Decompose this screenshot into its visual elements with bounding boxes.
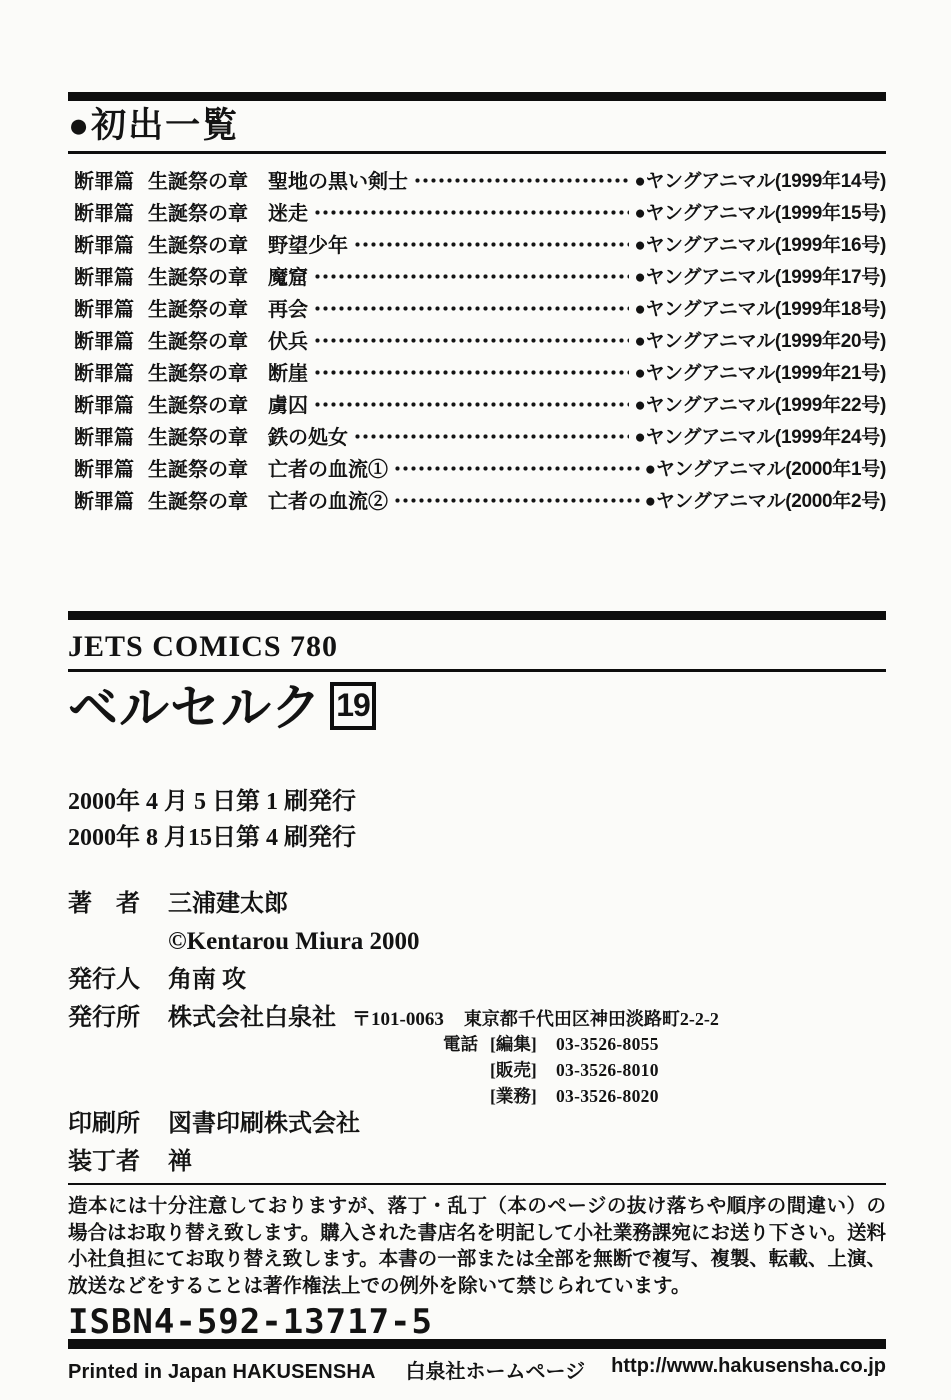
chapter-label: 生誕祭の章 bbox=[148, 165, 268, 194]
list-item: 断罪篇 生誕祭の章 亡者の血流② ●ヤングアニマル(2000年2号) bbox=[74, 483, 886, 515]
arc-label: 断罪篇 bbox=[74, 165, 148, 194]
phone-line-sales: [販売] 03-3526-8010 bbox=[443, 1057, 886, 1083]
jets-series-label: JETS COMICS 780 bbox=[68, 629, 886, 665]
chapter-label: 生誕祭の章 bbox=[148, 453, 268, 482]
author-row: 著 者 三浦建太郎 bbox=[68, 885, 886, 923]
dotted-leader bbox=[395, 498, 640, 503]
arc-label: 断罪篇 bbox=[74, 261, 148, 290]
dotted-leader bbox=[315, 306, 629, 311]
episode-title: 魔窟 bbox=[268, 261, 308, 290]
author-label: 著 者 bbox=[68, 885, 168, 923]
list-item: 断罪篇 生誕祭の章 魔窟 ●ヤングアニマル(1999年17号) bbox=[74, 259, 886, 291]
episode-title: 亡者の血流② bbox=[268, 485, 388, 514]
printing-line-fourth: 2000年 8 月15日第 4 刷発行 bbox=[68, 820, 886, 856]
arc-label: 断罪篇 bbox=[74, 453, 148, 482]
phone-prefix bbox=[443, 1057, 490, 1083]
arc-label: 断罪篇 bbox=[74, 485, 148, 514]
publication-list: 断罪篇 生誕祭の章 聖地の黒い剣士 ●ヤングアニマル(1999年14号) 断罪篇… bbox=[68, 163, 886, 515]
dotted-leader bbox=[315, 402, 629, 407]
list-item: 断罪篇 生誕祭の章 迷走 ●ヤングアニマル(1999年15号) bbox=[74, 195, 886, 227]
list-item: 断罪篇 生誕祭の章 断崖 ●ヤングアニマル(1999年21号) bbox=[74, 355, 886, 387]
chapter-label: 生誕祭の章 bbox=[148, 261, 268, 290]
phone-prefix bbox=[443, 1083, 490, 1109]
episode-title: 聖地の黒い剣士 bbox=[268, 165, 408, 194]
list-item: 断罪篇 生誕祭の章 亡者の血流① ●ヤングアニマル(2000年1号) bbox=[74, 451, 886, 483]
book-title: ベルセルク 19 bbox=[68, 678, 886, 730]
arc-label: 断罪篇 bbox=[74, 293, 148, 322]
phone-label: [編集] bbox=[490, 1031, 548, 1057]
episode-title: 野望少年 bbox=[268, 229, 348, 258]
publisher-person-label: 発行人 bbox=[68, 961, 168, 999]
credits-block: 著 者 三浦建太郎 ©Kentarou Miura 2000 発行人 角南 攻 … bbox=[68, 885, 886, 1181]
chapter-label: 生誕祭の章 bbox=[148, 197, 268, 226]
dotted-leader bbox=[315, 338, 629, 343]
homepage-label: 白泉社ホームページ bbox=[406, 1355, 586, 1384]
section-divider-bar-top bbox=[68, 92, 886, 101]
notice-paragraph: 造本には十分注意しておりますが、落丁・乱丁（本のページの抜け落ちや順序の間違い）… bbox=[68, 1193, 886, 1299]
dotted-leader bbox=[415, 178, 629, 183]
chapter-label: 生誕祭の章 bbox=[148, 229, 268, 258]
publisher-person-name: 角南 攻 bbox=[168, 961, 246, 999]
chapter-label: 生誕祭の章 bbox=[148, 325, 268, 354]
arc-label: 断罪篇 bbox=[74, 357, 148, 386]
publisher-name: 株式会社白泉社 bbox=[168, 999, 336, 1037]
book-title-text: ベルセルク bbox=[68, 668, 322, 740]
arc-label: 断罪篇 bbox=[74, 325, 148, 354]
dotted-leader bbox=[315, 210, 629, 215]
phone-number: 03-3526-8055 bbox=[556, 1031, 659, 1057]
list-item: 断罪篇 生誕祭の章 虜囚 ●ヤングアニマル(1999年22号) bbox=[74, 387, 886, 419]
dotted-leader bbox=[315, 274, 629, 279]
dotted-leader bbox=[315, 370, 629, 375]
source-label: ●ヤングアニマル(1999年15号) bbox=[634, 198, 886, 225]
arc-label: 断罪篇 bbox=[74, 421, 148, 450]
phone-prefix: 電話 bbox=[443, 1031, 490, 1057]
source-label: ●ヤングアニマル(1999年16号) bbox=[634, 230, 886, 257]
designer-label: 装丁者 bbox=[68, 1143, 168, 1181]
printed-in-japan: Printed in Japan HAKUSENSHA bbox=[68, 1361, 376, 1384]
designer-row: 装丁者 禅 bbox=[68, 1143, 886, 1181]
printer-row: 印刷所 図書印刷株式会社 bbox=[68, 1105, 886, 1143]
dotted-leader bbox=[355, 434, 629, 439]
copyright-line: ©Kentarou Miura 2000 bbox=[168, 923, 886, 961]
printer-name: 図書印刷株式会社 bbox=[168, 1105, 360, 1143]
source-label: ●ヤングアニマル(1999年18号) bbox=[634, 294, 886, 321]
section-divider-bar-mid bbox=[68, 611, 886, 620]
homepage-url: http://www.hakusensha.co.jp bbox=[611, 1355, 886, 1384]
arc-label: 断罪篇 bbox=[74, 229, 148, 258]
episode-title: 再会 bbox=[268, 293, 308, 322]
publisher-label: 発行所 bbox=[68, 999, 168, 1037]
list-item: 断罪篇 生誕祭の章 聖地の黒い剣士 ●ヤングアニマル(1999年14号) bbox=[74, 163, 886, 195]
author-name: 三浦建太郎 bbox=[168, 885, 288, 923]
printing-dates: 2000年 4 月 5 日第 1 刷発行 2000年 8 月15日第 4 刷発行 bbox=[68, 784, 886, 856]
footer-right: 白泉社ホームページ http://www.hakusensha.co.jp bbox=[406, 1355, 886, 1384]
first-publication-heading: ●初出一覧 bbox=[68, 105, 886, 147]
episode-title: 断崖 bbox=[268, 357, 308, 386]
episode-title: 鉄の処女 bbox=[268, 421, 348, 450]
episode-title: 伏兵 bbox=[268, 325, 308, 354]
source-label: ●ヤングアニマル(1999年17号) bbox=[634, 262, 886, 289]
isbn: ISBN4-592-13717-5 bbox=[68, 1297, 886, 1339]
phone-label: [業務] bbox=[490, 1083, 548, 1109]
postal-code: 〒101-0063 bbox=[352, 1001, 444, 1039]
list-item: 断罪篇 生誕祭の章 野望少年 ●ヤングアニマル(1999年16号) bbox=[74, 227, 886, 259]
page-content: ●初出一覧 断罪篇 生誕祭の章 聖地の黒い剣士 ●ヤングアニマル(1999年14… bbox=[68, 0, 886, 1384]
printing-line-first: 2000年 4 月 5 日第 1 刷発行 bbox=[68, 784, 886, 820]
heading-rule bbox=[68, 151, 886, 154]
designer-name: 禅 bbox=[168, 1143, 192, 1181]
chapter-label: 生誕祭の章 bbox=[148, 485, 268, 514]
arc-label: 断罪篇 bbox=[74, 389, 148, 418]
phone-list: 電話 [編集] 03-3526-8055 [販売] 03-3526-8010 [… bbox=[443, 1031, 886, 1109]
dotted-leader bbox=[395, 466, 640, 471]
phone-number: 03-3526-8020 bbox=[556, 1083, 659, 1109]
chapter-label: 生誕祭の章 bbox=[148, 421, 268, 450]
phone-number: 03-3526-8010 bbox=[556, 1057, 659, 1083]
episode-title: 迷走 bbox=[268, 197, 308, 226]
episode-title: 亡者の血流① bbox=[268, 453, 388, 482]
chapter-label: 生誕祭の章 bbox=[148, 293, 268, 322]
arc-label: 断罪篇 bbox=[74, 197, 148, 226]
chapter-label: 生誕祭の章 bbox=[148, 357, 268, 386]
source-label: ●ヤングアニマル(1999年24号) bbox=[634, 422, 886, 449]
publisher-person-row: 発行人 角南 攻 bbox=[68, 961, 886, 999]
list-item: 断罪篇 生誕祭の章 鉄の処女 ●ヤングアニマル(1999年24号) bbox=[74, 419, 886, 451]
source-label: ●ヤングアニマル(2000年2号) bbox=[645, 486, 886, 513]
list-item: 断罪篇 生誕祭の章 再会 ●ヤングアニマル(1999年18号) bbox=[74, 291, 886, 323]
notice-rule bbox=[68, 1183, 886, 1185]
phone-label: [販売] bbox=[490, 1057, 548, 1083]
source-label: ●ヤングアニマル(1999年22号) bbox=[634, 390, 886, 417]
source-label: ●ヤングアニマル(1999年20号) bbox=[634, 326, 886, 353]
source-label: ●ヤングアニマル(1999年14号) bbox=[634, 166, 886, 193]
source-label: ●ヤングアニマル(2000年1号) bbox=[645, 454, 886, 481]
chapter-label: 生誕祭の章 bbox=[148, 389, 268, 418]
source-label: ●ヤングアニマル(1999年21号) bbox=[634, 358, 886, 385]
list-item: 断罪篇 生誕祭の章 伏兵 ●ヤングアニマル(1999年20号) bbox=[74, 323, 886, 355]
footer: Printed in Japan HAKUSENSHA 白泉社ホームページ ht… bbox=[68, 1355, 886, 1384]
volume-box: 19 bbox=[330, 682, 376, 730]
dotted-leader bbox=[355, 242, 629, 247]
episode-title: 虜囚 bbox=[268, 389, 308, 418]
colophon-page: ●初出一覧 断罪篇 生誕祭の章 聖地の黒い剣士 ●ヤングアニマル(1999年14… bbox=[0, 0, 951, 1400]
printer-label: 印刷所 bbox=[68, 1105, 168, 1143]
